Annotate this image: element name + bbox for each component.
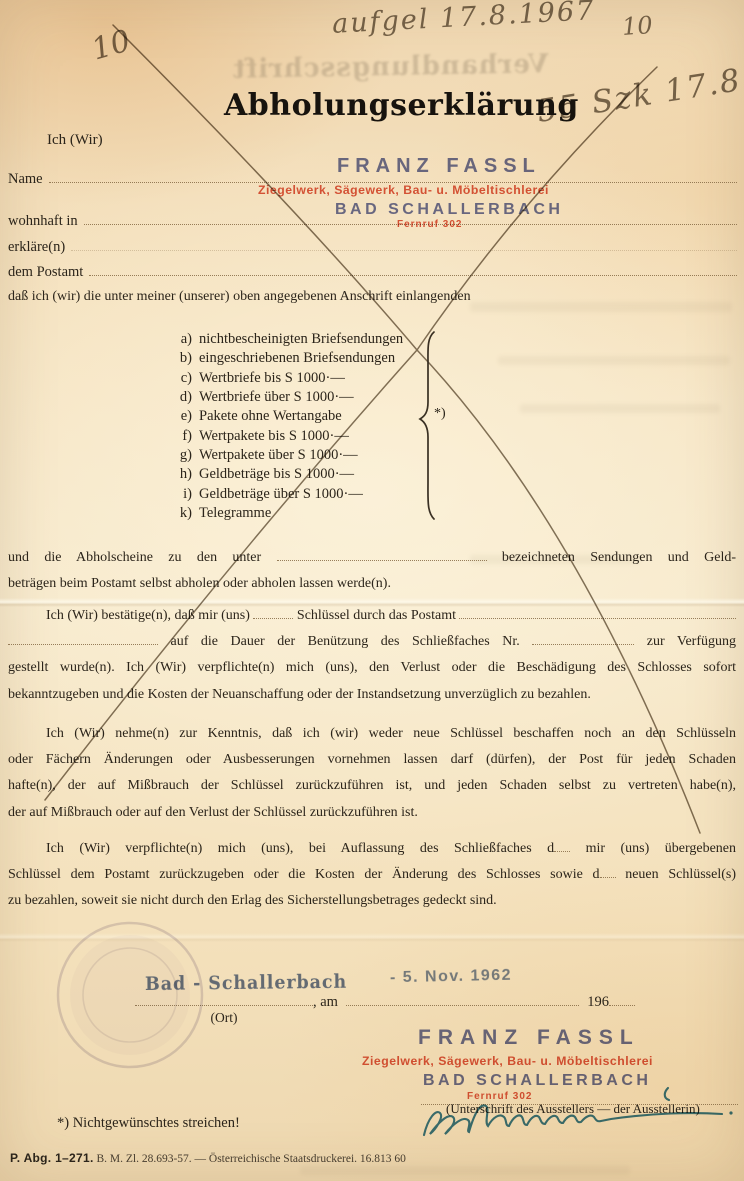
form-line: Ich (Wir) nehme(n) zur Kenntnis, daß ich… bbox=[8, 721, 736, 747]
list-item-text: Wertbriefe über S 1000·— bbox=[199, 389, 354, 406]
company-stamp-phone: Fernruf 302 bbox=[397, 219, 462, 230]
list-item-letter: b) bbox=[174, 350, 192, 367]
list-item-letter: i) bbox=[174, 486, 192, 503]
printed-text: bezeichneten Sendungen und Geld- bbox=[487, 550, 736, 565]
form-line: Ich (Wir) bestätige(n), daß mir (uns) Sc… bbox=[8, 603, 736, 629]
list-item-text: Wertpakete über S 1000·— bbox=[199, 447, 358, 464]
paragraph-auflassung: Ich (Wir) verpflichte(n) mich (uns), bei… bbox=[8, 836, 736, 915]
list-item-text: Geldbeträge über S 1000·— bbox=[199, 486, 363, 503]
form-line: hafte(n), der auf Mißbrauch der Schlüsse… bbox=[8, 773, 736, 799]
field-label: dem Postamt bbox=[8, 264, 83, 281]
dotted-blank bbox=[253, 606, 293, 619]
ort-label: (Ort) bbox=[196, 1010, 252, 1026]
handwritten-number: 10 bbox=[88, 23, 134, 67]
list-item-text: eingeschriebenen Briefsendungen bbox=[199, 350, 395, 367]
list-item: k)Telegramme bbox=[174, 505, 403, 524]
bleedthrough-smudge bbox=[470, 302, 732, 312]
company-stamp-name: FRANZ FASSL bbox=[337, 155, 541, 178]
paragraph-schluessel: Ich (Wir) bestätige(n), daß mir (uns) Sc… bbox=[8, 603, 736, 708]
printed-text: Ich (Wir) nehme(n) zur Kenntnis, daß ich… bbox=[46, 726, 736, 741]
paper-fold-crease bbox=[0, 933, 744, 942]
dotted-blank bbox=[459, 606, 736, 619]
list-item-letter: g) bbox=[174, 447, 192, 464]
list-item-text: Wertpakete bis S 1000·— bbox=[199, 428, 349, 445]
field-blank bbox=[71, 238, 737, 251]
list-brace bbox=[420, 332, 434, 519]
printed-text: und die Abholscheine zu den unter bbox=[8, 550, 277, 565]
printed-text: Schlüssel dem Postamt zurückzugeben oder… bbox=[8, 867, 600, 882]
list-item: g)Wertpakete über S 1000·— bbox=[174, 447, 403, 466]
printed-text: neuen Schlüssel(s) bbox=[616, 867, 737, 882]
form-line: und die Abholscheine zu den unter bezeic… bbox=[8, 545, 736, 571]
bleedthrough-smudge bbox=[520, 404, 720, 413]
dotted-blank bbox=[554, 839, 570, 852]
place-date-row: , am 196 bbox=[135, 993, 635, 1011]
company-stamp-city: BAD SCHALLERBACH bbox=[423, 1072, 651, 1090]
company-stamp-line2: Ziegelwerk, Sägewerk, Bau- u. Möbeltisch… bbox=[258, 183, 549, 197]
form-field-row: erkläre(n) bbox=[8, 238, 737, 256]
form-line: auf die Dauer der Benützung des Schließf… bbox=[8, 629, 736, 655]
list-item-text: Wertbriefe bis S 1000·— bbox=[199, 370, 345, 387]
list-item-text: Telegramme bbox=[199, 505, 271, 522]
list-item-letter: e) bbox=[174, 408, 192, 425]
list-item-letter: d) bbox=[174, 389, 192, 406]
imprint-form-number: P. Abg. 1–271. bbox=[10, 1151, 94, 1165]
handwritten-number: 10 bbox=[621, 11, 653, 41]
list-item-text: nichtbescheinigten Briefsendungen bbox=[199, 331, 403, 348]
form-line: der auf Mißbrauch oder auf den Verlust d… bbox=[8, 800, 736, 826]
printed-text: hafte(n), der auf Mißbrauch der Schlüsse… bbox=[8, 778, 736, 793]
printed-text: auf die Dauer der Benützung des Schließf… bbox=[158, 634, 532, 649]
year-blank bbox=[609, 993, 635, 1006]
bleedthrough-smudge bbox=[300, 1166, 630, 1175]
list-item: f)Wertpakete bis S 1000·— bbox=[174, 428, 403, 447]
sendungen-list: a)nichtbescheinigten Briefsendungenb)ein… bbox=[174, 331, 403, 524]
paragraph-kenntnis: Ich (Wir) nehme(n) zur Kenntnis, daß ich… bbox=[8, 721, 736, 826]
form-line: zu bezahlen, soweit sie nicht durch den … bbox=[8, 888, 736, 914]
dotted-blank bbox=[277, 548, 487, 561]
printed-text: Ich (Wir) bestätige(n), daß mir (uns) bbox=[46, 603, 253, 629]
list-item: e)Pakete ohne Wertangabe bbox=[174, 408, 403, 427]
field-blank bbox=[89, 263, 737, 276]
printed-text: Schlüssel durch das Postamt bbox=[293, 603, 459, 629]
signature-caption: (Unterschrift des Ausstellers — der Auss… bbox=[446, 1101, 700, 1117]
printed-text: der auf Mißbrauch oder auf den Verlust d… bbox=[8, 805, 418, 820]
field-label: erkläre(n) bbox=[8, 239, 65, 256]
paragraph-abholscheine: und die Abholscheine zu den unter bezeic… bbox=[8, 545, 736, 597]
list-item-letter: h) bbox=[174, 466, 192, 483]
year-prefix: 196 bbox=[587, 994, 609, 1011]
salutation: Ich (Wir) bbox=[47, 132, 103, 149]
form-line: bekanntzugeben und die Kosten der Neuans… bbox=[8, 682, 736, 708]
streichen-footnote: *) Nichtgewünschtes streichen! bbox=[57, 1115, 240, 1132]
printed-text: zur Verfügung bbox=[634, 634, 736, 649]
intro-clause: daß ich (wir) die unter meiner (unserer)… bbox=[8, 289, 471, 305]
list-item: b)eingeschriebenen Briefsendungen bbox=[174, 350, 403, 369]
page-title: Abholungserklärung bbox=[224, 88, 579, 123]
date-stamp: - 5. Nov. 1962 bbox=[390, 967, 512, 988]
list-item-letter: a) bbox=[174, 331, 192, 348]
list-item: d)Wertbriefe über S 1000·— bbox=[174, 389, 403, 408]
form-line: Ich (Wir) verpflichte(n) mich (uns), bei… bbox=[8, 836, 736, 862]
printed-text: Ich (Wir) verpflichte(n) mich (uns), bei… bbox=[46, 841, 554, 856]
list-item-letter: f) bbox=[174, 428, 192, 445]
imprint: P. Abg. 1–271. B. M. Zl. 28.693-57. — Ös… bbox=[10, 1151, 406, 1165]
list-item: c)Wertbriefe bis S 1000·— bbox=[174, 370, 403, 389]
form-line: Schlüssel dem Postamt zurückzugeben oder… bbox=[8, 862, 736, 888]
company-stamp-name: FRANZ FASSL bbox=[418, 1026, 640, 1050]
dotted-blank bbox=[8, 632, 158, 645]
list-item: i)Geldbeträge über S 1000·— bbox=[174, 486, 403, 505]
am-label: , am bbox=[313, 994, 338, 1011]
list-item-letter: k) bbox=[174, 505, 192, 522]
date-blank bbox=[346, 993, 579, 1006]
form-field-row: dem Postamt bbox=[8, 263, 737, 281]
bleedthrough-smudge bbox=[498, 356, 730, 365]
form-line: oder Fächern Änderungen oder Ausbesserun… bbox=[8, 747, 736, 773]
brace-footnote-mark: *) bbox=[434, 406, 446, 422]
place-stamp: Bad - Schallerbach bbox=[145, 971, 347, 995]
printed-text: gestellt wurde(n). Ich (Wir) verpflichte… bbox=[8, 660, 736, 675]
printed-text: bekanntzugeben und die Kosten der Neuans… bbox=[8, 687, 591, 702]
printed-text: beträgen beim Postamt selbst abholen ode… bbox=[8, 576, 391, 591]
form-line: beträgen beim Postamt selbst abholen ode… bbox=[8, 571, 736, 597]
field-label: Name bbox=[8, 171, 43, 188]
printed-text: mir (uns) übergebenen bbox=[570, 841, 736, 856]
imprint-printer: B. M. Zl. 28.693-57. — Österreichische S… bbox=[94, 1153, 406, 1165]
list-item: a)nichtbescheinigten Briefsendungen bbox=[174, 331, 403, 350]
place-blank bbox=[135, 993, 313, 1006]
scanned-form-page: Verhandlungsschrift 10 aufgel 17.8.1967 … bbox=[0, 0, 744, 1181]
form-line: gestellt wurde(n). Ich (Wir) verpflichte… bbox=[8, 655, 736, 681]
dotted-blank bbox=[600, 865, 616, 878]
list-item-letter: c) bbox=[174, 370, 192, 387]
dotted-blank bbox=[532, 632, 634, 645]
field-label: wohnhaft in bbox=[8, 213, 78, 230]
bleedthrough-title: Verhandlungsschrift bbox=[232, 49, 549, 85]
handwritten-date-note: aufgel 17.8.1967 bbox=[331, 0, 596, 40]
list-item: h)Geldbeträge bis S 1000·— bbox=[174, 466, 403, 485]
printed-text: zu bezahlen, soweit sie nicht durch den … bbox=[8, 893, 497, 908]
company-stamp-line2: Ziegelwerk, Sägewerk, Bau- u. Möbeltisch… bbox=[362, 1054, 653, 1068]
list-item-text: Geldbeträge bis S 1000·— bbox=[199, 466, 354, 483]
company-stamp-city: BAD SCHALLERBACH bbox=[335, 201, 563, 219]
printed-text: oder Fächern Änderungen oder Ausbesserun… bbox=[8, 752, 736, 767]
list-item-text: Pakete ohne Wertangabe bbox=[199, 408, 342, 425]
